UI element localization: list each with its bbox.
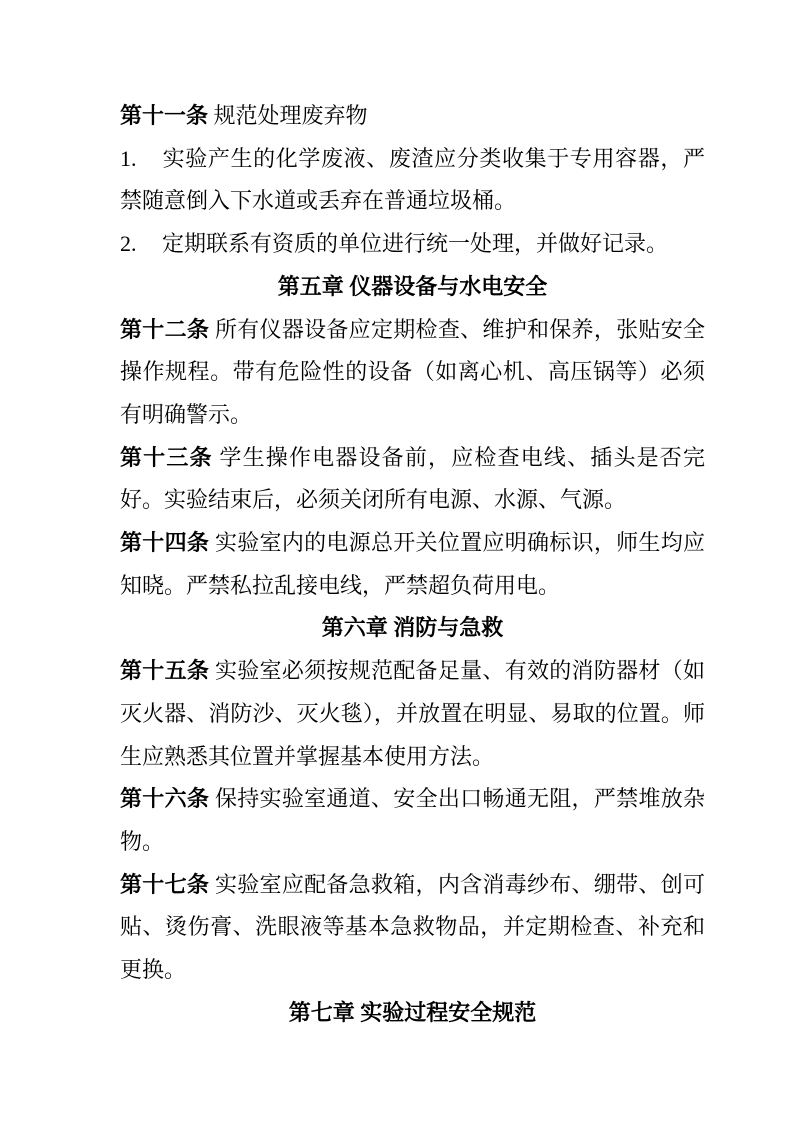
document-body: 第十一条 规范处理废弃物1.实验产生的化学废液、废渣应分类收集于专用容器，严禁随…: [120, 95, 705, 1034]
article-number-label: 第十五条: [120, 658, 209, 683]
item-text: 定期联系有资质的单位进行统一处理，并做好记录。: [162, 231, 668, 256]
article-number-label: 第十七条: [120, 872, 209, 897]
article-number-label: 第十六条: [120, 786, 209, 811]
numbered-item: 2.定期联系有资质的单位进行统一处理，并做好记录。: [120, 223, 705, 266]
article-paragraph: 第十四条 实验室内的电源总开关位置应明确标识，师生均应知晓。严禁私拉乱接电线，严…: [120, 522, 705, 607]
document-page: 第十一条 规范处理废弃物1.实验产生的化学废液、废渣应分类收集于专用容器，严禁随…: [0, 0, 800, 1132]
article-number-label: 第十三条: [120, 445, 213, 470]
item-number: 2.: [120, 223, 162, 266]
article-number-label: 第十二条: [120, 317, 209, 342]
item-number: 1.: [120, 138, 162, 181]
article-number-label: 第十四条: [120, 530, 209, 555]
article-paragraph: 第十六条 保持实验室通道、安全出口畅通无阻，严禁堆放杂物。: [120, 778, 705, 863]
item-text: 实验产生的化学废液、废渣应分类收集于专用容器，严禁随意倒入下水道或丢弃在普通垃圾…: [120, 146, 705, 214]
article-number-label: 第十一条: [120, 103, 208, 128]
chapter-heading: 第六章 消防与急救: [120, 607, 705, 650]
article-paragraph: 第十三条 学生操作电器设备前，应检查电线、插头是否完好。实验结束后，必须关闭所有…: [120, 437, 705, 522]
article-paragraph: 第十七条 实验室应配备急救箱，内含消毒纱布、绷带、创可贴、烫伤膏、洗眼液等基本急…: [120, 864, 705, 992]
chapter-heading: 第五章 仪器设备与水电安全: [120, 266, 705, 309]
article-paragraph: 第十二条 所有仪器设备应定期检查、维护和保养，张贴安全操作规程。带有危险性的设备…: [120, 309, 705, 437]
numbered-item: 1.实验产生的化学废液、废渣应分类收集于专用容器，严禁随意倒入下水道或丢弃在普通…: [120, 138, 705, 223]
article-paragraph: 第十五条 实验室必须按规范配备足量、有效的消防器材（如灭火器、消防沙、灭火毯），…: [120, 650, 705, 778]
article-text: 规范处理废弃物: [214, 103, 368, 128]
article-paragraph: 第十一条 规范处理废弃物: [120, 95, 705, 138]
chapter-heading: 第七章 实验过程安全规范: [120, 992, 705, 1035]
